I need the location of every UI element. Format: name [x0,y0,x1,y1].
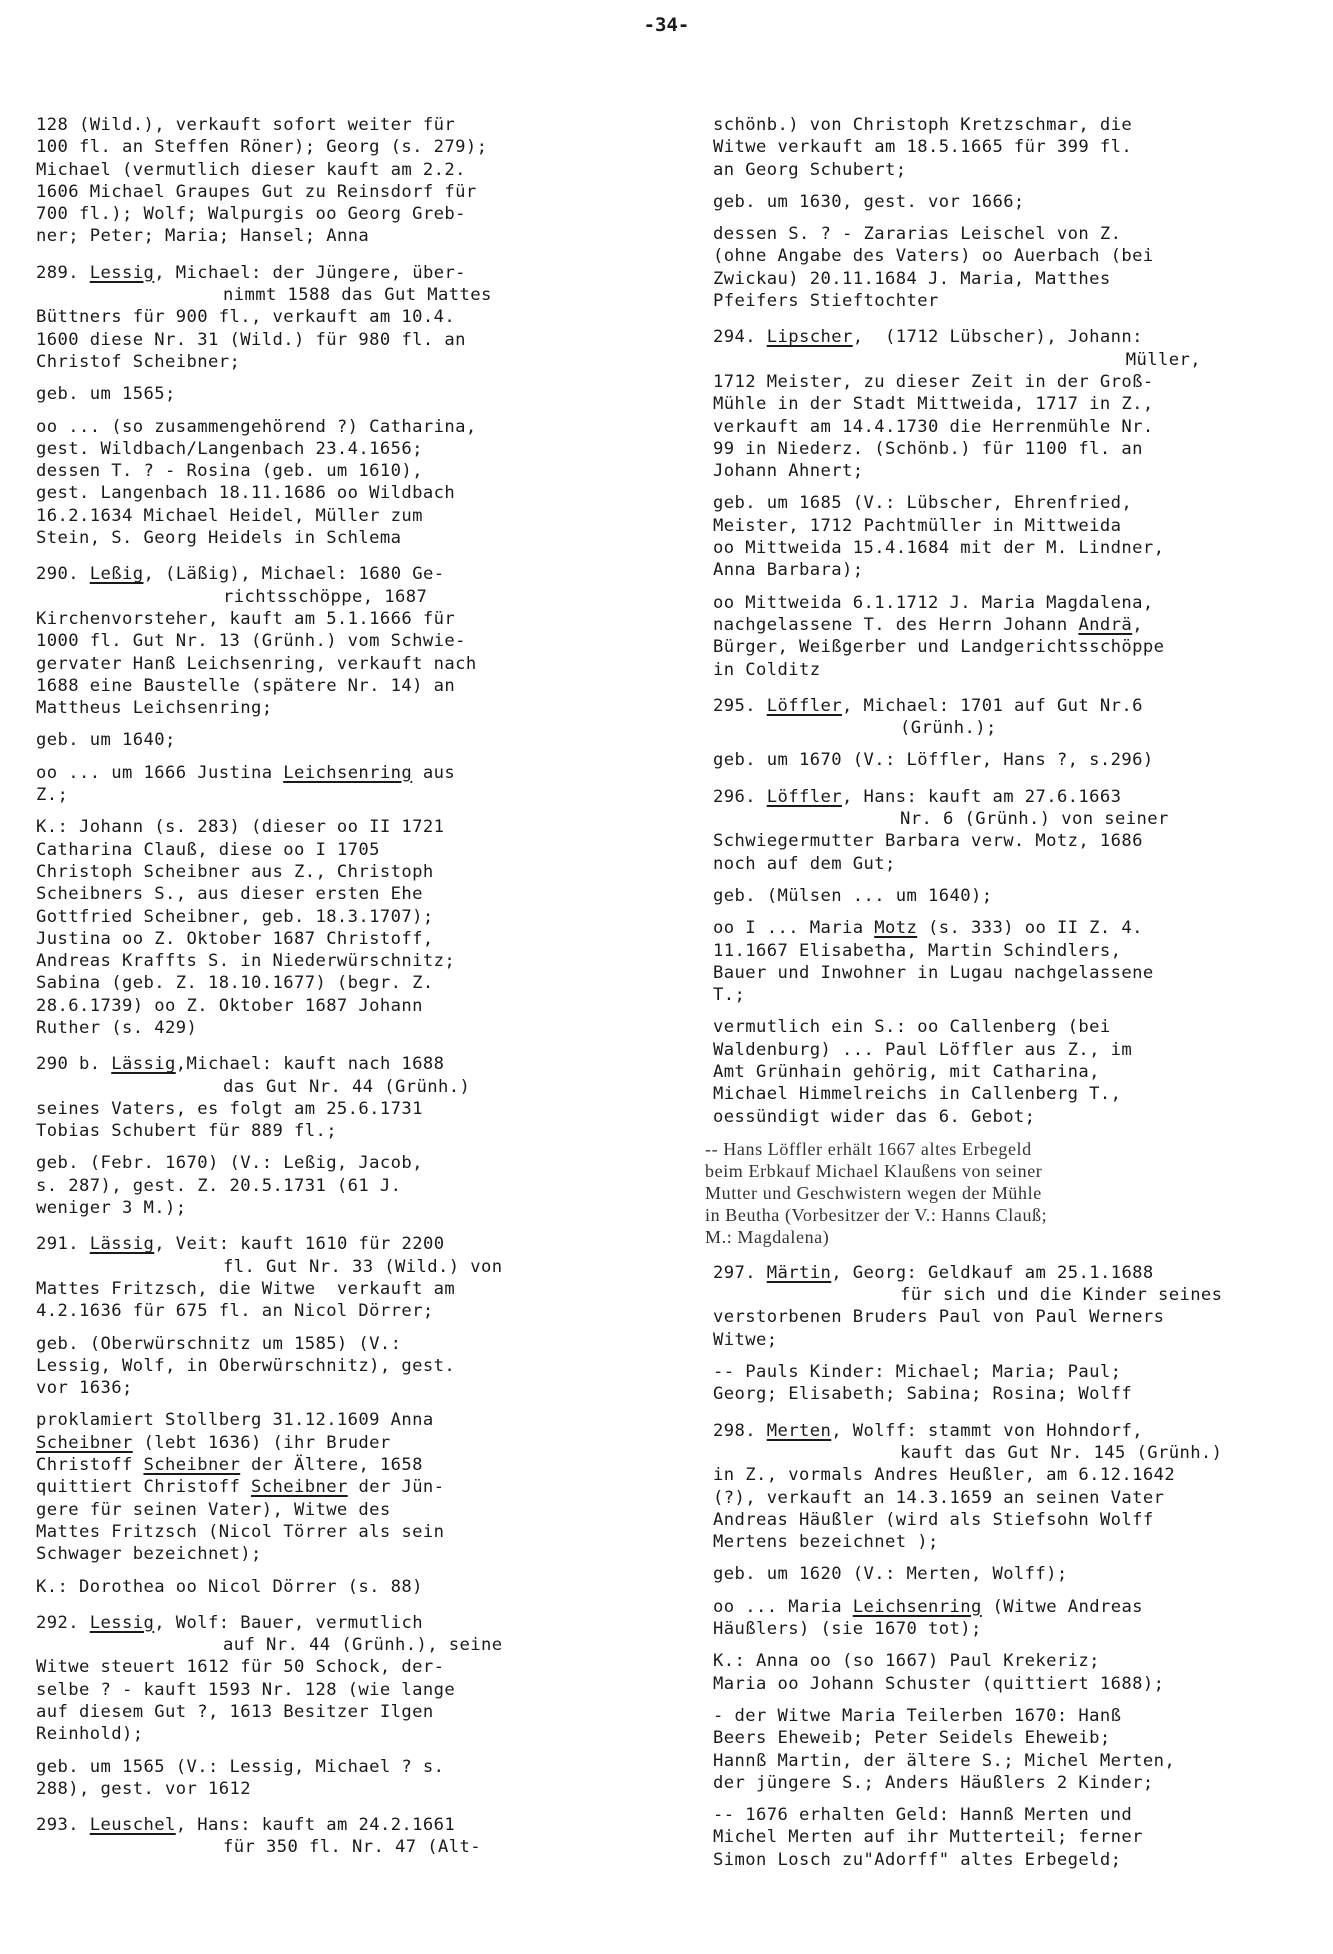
entry-number: 292. [36,1613,90,1633]
entry-indent-line: richtsschöppe, 1687 [36,586,636,608]
paragraph: vermutlich ein S.: oo Callenberg (bei Wa… [713,1016,1313,1127]
register-entry: 294. Lipscher, (1712 Lübscher), Johann: … [713,326,1313,482]
underlined-name: Scheibner [251,1477,348,1497]
paragraph: oo I ... Maria Motz (s. 333) oo II Z. 4.… [713,917,1313,1006]
entry-surname: Löffler [767,787,842,807]
register-entry: 298. Merten, Wolff: stammt von Hohndorf,… [713,1420,1313,1554]
entry-indent-line: fl. Gut Nr. 33 (Wild.) von [36,1256,636,1278]
entry-number: 295. [713,696,767,716]
entry-surname: Märtin [767,1263,832,1283]
underlined-name: Scheibner [36,1433,133,1453]
entry-number: 291. [36,1234,90,1254]
entry-surname: Löffler [767,696,842,716]
register-entry: 295. Löffler, Michael: 1701 auf Gut Nr.6… [713,695,1313,740]
register-entry: 290. Leßig, (Läßig), Michael: 1680 Ge-ri… [36,563,636,719]
entry-indent-line: (Grünh.); [713,717,1313,739]
entry-surname: Lessig [90,263,155,283]
paragraph: geb. um 1640; [36,729,636,751]
entry-number: 293. [36,1815,90,1835]
paragraph: K.: Johann (s. 283) (dieser oo II 1721 C… [36,816,636,1039]
entry-number: 290. [36,564,90,584]
paragraph: geb. um 1565 (V.: Lessig, Michael ? s. 2… [36,1756,636,1801]
underlined-name: Leichsenring [853,1597,982,1617]
paragraph: 128 (Wild.), verkauft sofort weiter für … [36,114,636,248]
entry-indent-line: für 350 fl. Nr. 47 (Alt- [36,1836,636,1858]
paragraph: geb. um 1620 (V.: Merten, Wolff); [713,1563,1313,1585]
register-entry: 297. Märtin, Georg: Geldkauf am 25.1.168… [713,1262,1313,1351]
paragraph: oo ... (so zusammengehörend ?) Catharina… [36,416,636,550]
entry-indent-line: kauft das Gut Nr. 145 (Grünh.) [713,1442,1313,1464]
paragraph: geb. um 1670 (V.: Löffler, Hans ?, s.296… [713,749,1313,771]
entry-head: , Hans: kauft am 24.2.1661 [176,1815,455,1835]
entry-surname: Lässig [111,1054,176,1074]
entry-indent-line: Nr. 6 (Grünh.) von seiner [713,808,1313,830]
register-entry: 289. Lessig, Michael: der Jüngere, über-… [36,262,636,373]
entry-head: , Hans: kauft am 27.6.1663 [842,787,1121,807]
paragraph: geb. (Febr. 1670) (V.: Leßig, Jacob, s. … [36,1152,636,1219]
entry-surname: Leuschel [90,1815,176,1835]
page-number: -34- [0,14,1333,36]
paragraph: oo ... um 1666 Justina Leichsenring aus … [36,762,636,807]
paragraph: -- Pauls Kinder: Michael; Maria; Paul; G… [713,1361,1313,1406]
underlined-name: Andrä [1078,615,1132,635]
register-entry: 296. Löffler, Hans: kauft am 27.6.1663Nr… [713,786,1313,875]
entry-surname: Lessig [90,1613,155,1633]
paragraph: - der Witwe Maria Teilerben 1670: Hanß B… [713,1705,1313,1794]
entry-number: 297. [713,1263,767,1283]
underlined-name: Leichsenring [283,763,412,783]
entry-head: ,Michael: kauft nach 1688 [176,1054,445,1074]
underlined-name: Scheibner [143,1455,240,1475]
register-entry: 291. Lässig, Veit: kauft 1610 für 2200fl… [36,1233,636,1322]
entry-head: , Wolf: Bauer, vermutlich [154,1613,423,1633]
paragraph: schönb.) von Christoph Kretzschmar, die … [713,114,1313,181]
entry-head: , Michael: der Jüngere, über- [154,263,466,283]
left-column: 128 (Wild.), verkauft sofort weiter für … [36,114,636,1869]
paragraph: oo Mittweida 6.1.1712 J. Maria Magdalena… [713,592,1313,681]
entry-number: 294. [713,327,767,347]
paragraph: geb. (Oberwürschnitz um 1585) (V.: Lessi… [36,1333,636,1400]
paragraph: -- 1676 erhalten Geld: Hannß Merten und … [713,1804,1313,1871]
entry-indent-line: nimmt 1588 das Gut Mattes [36,284,636,306]
entry-surname: Lässig [90,1234,155,1254]
entry-head: , Veit: kauft 1610 für 2200 [154,1234,444,1254]
entry-indent-line: auf Nr. 44 (Grünh.), seine [36,1634,636,1656]
register-entry: 292. Lessig, Wolf: Bauer, vermutlichauf … [36,1612,636,1746]
paragraph: geb. um 1630, gest. vor 1666; [713,191,1313,213]
entry-indent-line: für sich und die Kinder seines [713,1284,1313,1306]
register-entry: 290 b. Lässig,Michael: kauft nach 1688da… [36,1053,636,1142]
paragraph: proklamiert Stollberg 31.12.1609 Anna Sc… [36,1409,636,1565]
entry-number: 289. [36,263,90,283]
register-entry: 293. Leuschel, Hans: kauft am 24.2.1661f… [36,1814,636,1859]
entry-head: , (Läßig), Michael: 1680 Ge- [144,564,445,584]
entry-head: , Michael: 1701 auf Gut Nr.6 [842,696,1143,716]
entry-number: 290 b. [36,1054,111,1074]
entry-surname: Merten [767,1421,832,1441]
paragraph: oo ... Maria Leichsenring (Witwe Andreas… [713,1596,1313,1641]
underlined-name: Motz [874,918,917,938]
paragraph: geb. um 1685 (V.: Lübscher, Ehrenfried, … [713,492,1313,581]
paragraph: K.: Anna oo (so 1667) Paul Krekeriz; Mar… [713,1650,1313,1695]
paragraph: geb. um 1565; [36,383,636,405]
paragraph: dessen S. ? - Zararias Leischel von Z. (… [713,223,1313,312]
entry-number: 296. [713,787,767,807]
typewritten-note: -- Hans Löffler erhält 1667 altes Erbege… [705,1138,1313,1248]
entry-surname: Leßig [90,564,144,584]
paragraph: K.: Dorothea oo Nicol Dörrer (s. 88) [36,1576,636,1598]
entry-head: , Georg: Geldkauf am 25.1.1688 [831,1263,1153,1283]
entry-head: , Wolff: stammt von Hohndorf, [831,1421,1143,1441]
right-column: schönb.) von Christoph Kretzschmar, die … [713,114,1313,1881]
paragraph: geb. (Mülsen ... um 1640); [713,885,1313,907]
entry-number: 298. [713,1421,767,1441]
entry-surname: Lipscher [767,327,853,347]
entry-indent-line: Müller, [713,349,1313,371]
entry-head: , (1712 Lübscher), Johann: [853,327,1143,347]
entry-indent-line: das Gut Nr. 44 (Grünh.) [36,1076,636,1098]
